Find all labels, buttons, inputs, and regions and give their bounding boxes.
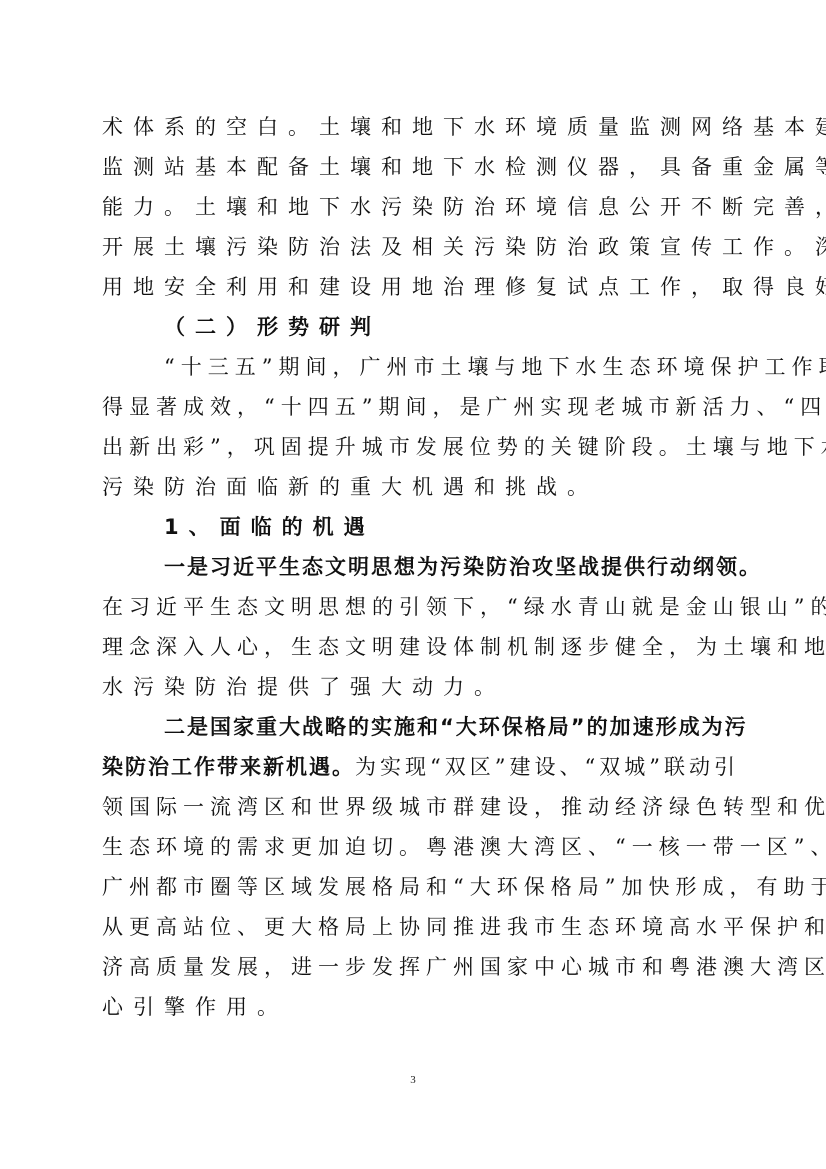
text-line: 得显著成效，“十四五”期间，是广州实现老城市新活力、“四个 (102, 387, 728, 427)
bold-lead-sentence: 一是习近平生态文明思想为污染防治攻坚战提供行动纲领。 (102, 547, 728, 587)
paragraph-monitoring-summary: 术体系的空白。土壤和地下水环境质量监测网络基本建立。各区 监测站基本配备土壤和地… (102, 107, 728, 307)
document-page: 术体系的空白。土壤和地下水环境质量监测网络基本建立。各区 监测站基本配备土壤和地… (0, 0, 826, 1169)
text-line: 从更高站位、更大格局上协同推进我市生态环境高水平保护和经 (102, 907, 728, 947)
paragraph-opportunity-1: 一是习近平生态文明思想为污染防治攻坚战提供行动纲领。 在习近平生态文明思想的引领… (102, 547, 728, 707)
text-line: 在习近平生态文明思想的引领下，“绿水青山就是金山银山”的 (102, 587, 728, 627)
text-line: 心引擎作用。 (102, 987, 728, 1027)
text-line: 理念深入人心，生态文明建设体制机制逐步健全，为土壤和地下 (102, 627, 728, 667)
page-body: 术体系的空白。土壤和地下水环境质量监测网络基本建立。各区 监测站基本配备土壤和地… (102, 107, 728, 1027)
text-line-mixed: 染防治工作带来新机遇。为实现“双区”建设、“双城”联动引 (102, 747, 728, 787)
text-line: 术体系的空白。土壤和地下水环境质量监测网络基本建立。各区 (102, 107, 728, 147)
text-line: 用地安全利用和建设用地治理修复试点工作，取得良好成效。 (102, 267, 728, 307)
text-line: 监测站基本配备土壤和地下水检测仪器，具备重金属等项目检测 (102, 147, 728, 187)
text-line: “十三五”期间，广州市土壤与地下水生态环境保护工作取 (102, 347, 728, 387)
text-line: 出新出彩”，巩固提升城市发展位势的关键阶段。土壤与地下水 (102, 427, 728, 467)
paragraph-situation: “十三五”期间，广州市土壤与地下水生态环境保护工作取 得显著成效，“十四五”期间… (102, 347, 728, 507)
text-line: 广州都市圈等区域发展格局和“大环保格局”加快形成，有助于 (102, 867, 728, 907)
text-span: 为实现“双区”建设、“双城”联动引 (355, 755, 739, 779)
page-number: 3 (0, 1074, 826, 1086)
text-line: 污染防治面临新的重大机遇和挑战。 (102, 467, 728, 507)
paragraph-opportunity-2: 二是国家重大战略的实施和“大环保格局”的加速形成为污 染防治工作带来新机遇。为实… (102, 707, 728, 1027)
text-line: 济高质量发展，进一步发挥广州国家中心城市和粤港澳大湾区核 (102, 947, 728, 987)
text-line: 水污染防治提供了强大动力。 (102, 667, 728, 707)
bold-lead-sentence: 二是国家重大战略的实施和“大环保格局”的加速形成为污 (102, 707, 728, 747)
section-heading-situation: （二）形势研判 (102, 307, 728, 347)
bold-lead-continuation: 染防治工作带来新机遇。 (102, 755, 355, 779)
subsection-heading-opportunities: 1、面临的机遇 (102, 507, 728, 547)
text-line: 开展土壤污染防治法及相关污染防治政策宣传工作。深入开展农 (102, 227, 728, 267)
text-line: 能力。土壤和地下水污染防治环境信息公开不断完善，各区积极 (102, 187, 728, 227)
text-line: 领国际一流湾区和世界级城市群建设，推动经济绿色转型和优美 (102, 787, 728, 827)
text-line: 生态环境的需求更加迫切。粤港澳大湾区、“一核一带一区”、 (102, 827, 728, 867)
